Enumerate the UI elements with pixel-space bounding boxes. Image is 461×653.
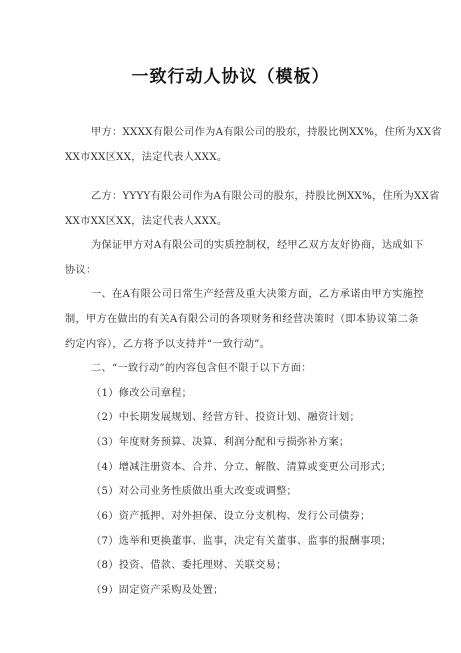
party-a-line-1: 甲方：XXXX有限公司作为A有限公司的股东，持股比例XX%，住所为XX省 bbox=[91, 126, 421, 140]
clause-2-heading: 二、“一致行动”的内容包含但不限于以下方面： bbox=[91, 362, 421, 376]
clause-1-line-2: 制，甲方在做出的有关A有限公司的各项财务和经营决策时（即本协议第二条 bbox=[65, 313, 395, 327]
list-item-8: （8）投资、借款、委托理财、关联交易； bbox=[91, 559, 421, 573]
preamble-line-1: 为保证甲方对A有限公司的实质控制权，经甲乙双方友好协商，达成如下 bbox=[91, 239, 421, 253]
list-item-9: （9）固定资产采购及处置； bbox=[91, 584, 421, 598]
list-item-6: （6）资产抵押、对外担保、设立分支机构、发行公司债券； bbox=[91, 510, 421, 524]
clause-1-line-3: 约定内容），乙方将予以支持并“一致行动”。 bbox=[65, 338, 395, 352]
list-item-3: （3）年度财务预算、决算、利润分配和亏损弥补方案； bbox=[91, 436, 421, 450]
list-item-2: （2）中长期发展规划、经营方针、投资计划、融资计划； bbox=[91, 411, 421, 425]
document-title: 一致行动人协议（模板） bbox=[0, 62, 461, 87]
clause-1-line-1: 一、在A有限公司日常生产经营及重大决策方面，乙方承诺由甲方实施控 bbox=[91, 288, 421, 302]
list-item-4: （4）增减注册资本、合并、分立、解散、清算或变更公司形式； bbox=[91, 461, 421, 475]
list-item-7: （7）选举和更换董事、监事，决定有关董事、监事的报酬事项； bbox=[91, 535, 421, 549]
party-b-line-1: 乙方：YYYY有限公司作为A有限公司的股东，持股比例XX%，住所为XX省 bbox=[91, 190, 421, 204]
preamble-line-2: 协议： bbox=[65, 264, 395, 278]
party-b-line-2: XX市XX区XX，法定代表人XXX。 bbox=[65, 215, 395, 229]
party-a-line-2: XX市XX区XX，法定代表人XXX。 bbox=[65, 151, 395, 165]
list-item-1: （1）修改公司章程； bbox=[91, 387, 421, 401]
list-item-5: （5）对公司业务性质做出重大改变或调整； bbox=[91, 485, 421, 499]
